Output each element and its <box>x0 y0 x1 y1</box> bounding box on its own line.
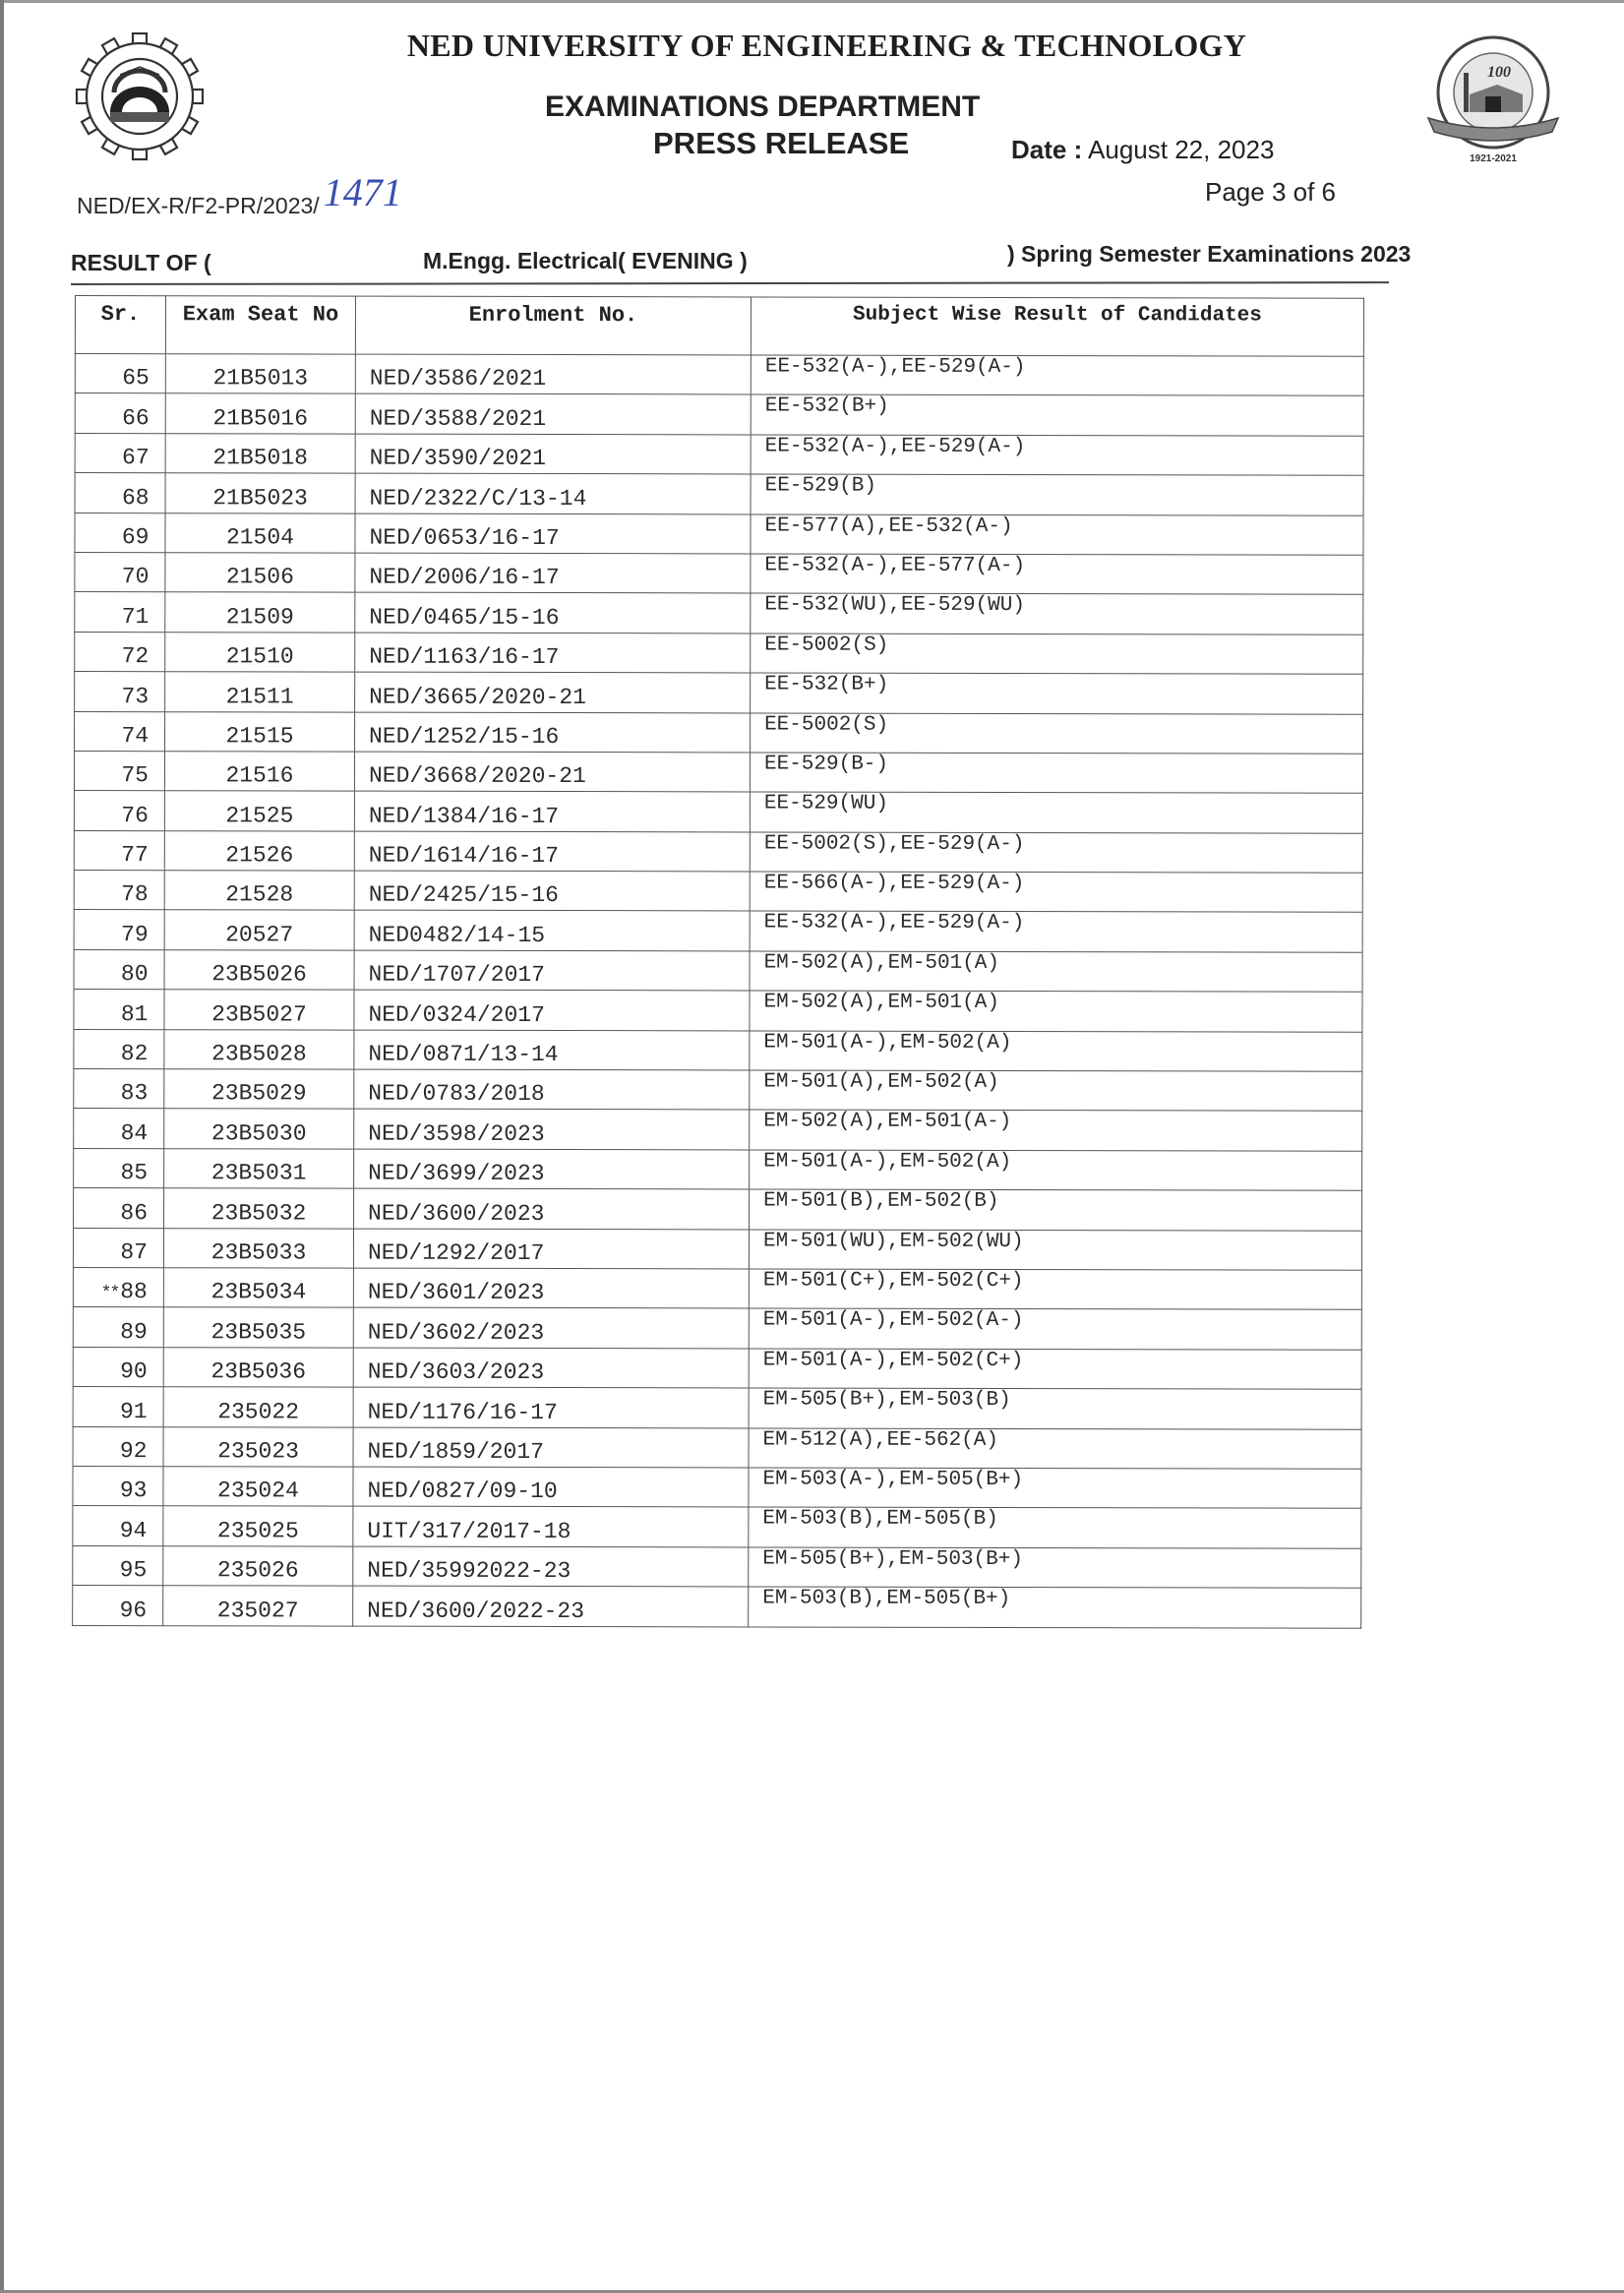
table-row: 96235027NED/3600/2022-23EM-503(B),EM-505… <box>73 1586 1361 1628</box>
cell-seat-no: 23B5032 <box>164 1188 354 1229</box>
table-row: **8823B5034NED/3601/2023EM-501(C+),EM-50… <box>73 1267 1361 1309</box>
cell-enrolment-no: NED0482/14-15 <box>354 911 750 951</box>
table-row: 7121509NED/0465/15-16EE-532(WU),EE-529(W… <box>75 592 1363 634</box>
cell-serial: 94 <box>73 1506 163 1546</box>
scan-left-edge <box>0 0 4 2293</box>
cell-serial: 86 <box>74 1188 164 1229</box>
cell-seat-no: 23B5034 <box>163 1268 353 1308</box>
cell-serial: 76 <box>74 791 164 831</box>
table-row: 8323B5029NED/0783/2018EM-501(A),EM-502(A… <box>74 1069 1362 1112</box>
cell-enrolment-no: NED/2322/C/13-14 <box>355 473 751 513</box>
cell-seat-no: 23B5026 <box>164 950 354 991</box>
cell-subject-result: EE-5002(S),EE-529(A-) <box>750 832 1362 874</box>
cell-seat-no: 21528 <box>164 871 354 911</box>
cell-enrolment-no: UIT/317/2017-18 <box>353 1506 749 1546</box>
table-row: 8023B5026NED/1707/2017EM-502(A),EM-501(A… <box>74 949 1362 992</box>
cell-enrolment-no: NED/0324/2017 <box>354 990 750 1030</box>
cell-enrolment-no: NED/1859/2017 <box>353 1427 749 1468</box>
table-row: 8723B5033NED/1292/2017EM-501(WU),EM-502(… <box>73 1228 1361 1270</box>
cell-enrolment-no: NED/2425/15-16 <box>354 871 750 911</box>
table-row: 6621B5016NED/3588/2021EE-532(B+) <box>75 393 1363 436</box>
cell-seat-no: 21525 <box>164 791 354 831</box>
cell-subject-result: EE-566(A-),EE-529(A-) <box>750 872 1362 913</box>
handwritten-serial: 1471 <box>324 170 402 214</box>
cell-serial: 66 <box>75 393 165 434</box>
cell-subject-result: EM-502(A),EM-501(A) <box>750 991 1362 1032</box>
cell-enrolment-no: NED/0827/09-10 <box>353 1467 749 1507</box>
cell-seat-no: 235025 <box>163 1506 353 1546</box>
table-header-row: Sr. Exam Seat No Enrolment No. Subject W… <box>75 296 1363 357</box>
cell-subject-result: EE-532(B+) <box>751 394 1363 436</box>
cell-subject-result: EM-501(A),EM-502(A) <box>750 1070 1362 1112</box>
cell-seat-no: 23B5031 <box>164 1149 354 1189</box>
cell-subject-result: EM-505(B+),EM-503(B) <box>749 1388 1361 1429</box>
cell-enrolment-no: NED/3600/2022-23 <box>353 1586 749 1626</box>
cell-serial: 69 <box>75 513 165 553</box>
cell-seat-no: 21511 <box>165 672 355 712</box>
table-row: 94235025UIT/317/2017-18EM-503(B),EM-505(… <box>73 1506 1361 1548</box>
cell-enrolment-no: NED/3665/2020-21 <box>355 672 751 712</box>
table-row: 7021506NED/2006/16-17EE-532(A-),EE-577(A… <box>75 552 1363 594</box>
result-of-label: RESULT OF ( <box>71 250 211 276</box>
cell-enrolment-no: NED/3601/2023 <box>353 1268 749 1308</box>
cell-serial: 77 <box>74 830 164 871</box>
cell-seat-no: 235026 <box>163 1545 353 1586</box>
table-row: 6921504NED/0653/16-17EE-577(A),EE-532(A-… <box>75 513 1363 555</box>
cell-enrolment-no: NED/1292/2017 <box>353 1229 749 1269</box>
table-row: 6721B5018NED/3590/2021EE-532(A-),EE-529(… <box>75 433 1363 475</box>
table-row: 7721526NED/1614/16-17EE-5002(S),EE-529(A… <box>74 830 1362 873</box>
column-header-seat: Exam Seat No <box>165 296 355 354</box>
cell-subject-result: EM-503(B),EM-505(B) <box>749 1507 1361 1548</box>
cell-enrolment-no: NED/3588/2021 <box>355 393 751 434</box>
cell-seat-no: 20527 <box>164 910 354 950</box>
cell-seat-no: 21509 <box>165 592 355 633</box>
table-row: 6521B5013NED/3586/2021EE-532(A-),EE-529(… <box>75 354 1363 396</box>
cell-subject-result: EM-501(A-),EM-502(C+) <box>749 1349 1361 1390</box>
cell-subject-result: EE-532(A-),EE-529(A-) <box>751 355 1363 396</box>
cell-subject-result: EM-503(A-),EM-505(B+) <box>749 1468 1361 1509</box>
cell-subject-result: EM-502(A),EM-501(A-) <box>750 1110 1362 1151</box>
cell-seat-no: 21516 <box>164 752 354 792</box>
cell-serial: 70 <box>75 552 165 592</box>
cell-seat-no: 21B5016 <box>165 393 355 434</box>
svg-text:1921-2021: 1921-2021 <box>1470 153 1517 164</box>
table-row: 91235022NED/1176/16-17EM-505(B+),EM-503(… <box>73 1387 1361 1429</box>
cell-seat-no: 21515 <box>165 711 355 752</box>
cell-subject-result: EE-577(A),EE-532(A-) <box>751 514 1363 556</box>
cell-seat-no: 21B5018 <box>165 433 355 473</box>
reference-prefix: NED/EX-R/F2-PR/2023/ <box>77 193 320 218</box>
cell-subject-result: EM-501(B),EM-502(B) <box>750 1189 1362 1231</box>
cell-serial: 89 <box>73 1307 163 1348</box>
cell-serial: 71 <box>75 592 165 633</box>
cell-enrolment-no: NED/2006/16-17 <box>355 553 751 593</box>
cell-subject-result: EM-512(A),EE-562(A) <box>749 1427 1361 1469</box>
cell-seat-no: 23B5028 <box>164 1029 354 1069</box>
cell-subject-result: EE-532(A-),EE-529(A-) <box>750 911 1362 952</box>
cell-enrolment-no: NED/3586/2021 <box>355 354 751 394</box>
cell-serial: 72 <box>75 632 165 672</box>
table-row: 92235023NED/1859/2017EM-512(A),EE-562(A) <box>73 1426 1361 1469</box>
date-label: Date : <box>1011 135 1082 164</box>
cell-enrolment-no: NED/0465/15-16 <box>355 592 751 633</box>
table-row: 7321511NED/3665/2020-21EE-532(B+) <box>75 672 1363 714</box>
cell-subject-result: EE-529(B) <box>751 474 1363 515</box>
cell-enrolment-no: NED/1614/16-17 <box>354 831 750 872</box>
table-row: 7920527NED0482/14-15EE-532(A-),EE-529(A-… <box>74 910 1362 952</box>
cell-enrolment-no: NED/3668/2020-21 <box>354 752 750 792</box>
cell-enrolment-no: NED/3699/2023 <box>354 1149 750 1189</box>
cell-enrolment-no: NED/1384/16-17 <box>354 791 750 831</box>
press-release-heading: PRESS RELEASE <box>653 126 909 161</box>
semester-label: ) Spring Semester Examinations 2023 <box>1007 241 1411 268</box>
serial-number: 88 <box>120 1279 148 1304</box>
table-row: 93235024NED/0827/09-10EM-503(A-),EM-505(… <box>73 1466 1361 1508</box>
cell-enrolment-no: NED/1252/15-16 <box>355 712 751 753</box>
table-row: 7221510NED/1163/16-17EE-5002(S) <box>75 632 1363 674</box>
table-row: 8523B5031NED/3699/2023EM-501(A-),EM-502(… <box>74 1148 1362 1190</box>
reference-number: NED/EX-R/F2-PR/2023/1471 <box>77 177 402 223</box>
cell-serial: **88 <box>73 1267 163 1307</box>
release-date: Date : August 22, 2023 <box>1011 135 1274 165</box>
cell-subject-result: EE-529(B-) <box>750 753 1362 794</box>
cell-serial: 85 <box>74 1148 164 1188</box>
department-heading: EXAMINATIONS DEPARTMENT <box>545 91 980 124</box>
cell-seat-no: 21B5013 <box>165 354 355 394</box>
column-header-sr: Sr. <box>75 296 165 354</box>
cell-serial: 68 <box>75 473 165 513</box>
cell-enrolment-no: NED/1176/16-17 <box>353 1387 749 1427</box>
cell-enrolment-no: NED/1707/2017 <box>354 950 750 991</box>
cell-seat-no: 235027 <box>163 1586 353 1626</box>
cell-serial: 67 <box>75 433 165 473</box>
cell-subject-result: EE-5002(S) <box>751 712 1363 754</box>
cell-enrolment-no: NED/35992022-23 <box>353 1546 749 1587</box>
date-value: August 22, 2023 <box>1088 135 1274 164</box>
cell-serial: 80 <box>74 949 164 990</box>
cell-serial: 79 <box>74 910 164 950</box>
cell-seat-no: 23B5035 <box>163 1307 353 1348</box>
table-row: 8423B5030NED/3598/2023EM-502(A),EM-501(A… <box>74 1109 1362 1151</box>
cell-seat-no: 23B5033 <box>163 1228 353 1268</box>
cell-seat-no: 21506 <box>165 553 355 593</box>
cell-serial: 96 <box>73 1586 163 1626</box>
page-number: Page 3 of 6 <box>1205 177 1336 208</box>
cell-subject-result: EE-532(A-),EE-529(A-) <box>751 435 1363 476</box>
cell-subject-result: EE-532(WU),EE-529(WU) <box>751 593 1363 634</box>
cell-serial: 84 <box>74 1109 164 1149</box>
program-name: M.Engg. Electrical( EVENING ) <box>423 248 748 274</box>
cell-enrolment-no: NED/0871/13-14 <box>354 1030 750 1070</box>
scan-top-edge <box>0 0 1624 3</box>
cell-subject-result: EM-501(A-),EM-502(A) <box>750 1031 1362 1072</box>
cell-subject-result: EE-529(WU) <box>750 792 1362 833</box>
cell-enrolment-no: NED/3602/2023 <box>353 1307 749 1348</box>
cell-enrolment-no: NED/0653/16-17 <box>355 513 751 554</box>
cell-subject-result: EE-532(A-),EE-577(A-) <box>751 554 1363 595</box>
cell-enrolment-no: NED/1163/16-17 <box>355 633 751 673</box>
cell-seat-no: 23B5027 <box>164 990 354 1030</box>
cell-seat-no: 21B5023 <box>165 473 355 513</box>
cell-enrolment-no: NED/3598/2023 <box>354 1110 750 1150</box>
cell-enrolment-no: NED/0783/2018 <box>354 1069 750 1110</box>
table-row: 7821528NED/2425/15-16EE-566(A-),EE-529(A… <box>74 871 1362 913</box>
cell-seat-no: 235024 <box>163 1467 353 1507</box>
cell-serial: 65 <box>75 354 165 394</box>
table-row: 7621525NED/1384/16-17EE-529(WU) <box>74 791 1362 833</box>
cell-subject-result: EM-505(B+),EM-503(B+) <box>749 1547 1361 1589</box>
cell-subject-result: EM-501(WU),EM-502(WU) <box>749 1230 1361 1271</box>
table-row: 7421515NED/1252/15-16EE-5002(S) <box>75 711 1363 754</box>
column-header-enrolment: Enrolment No. <box>355 296 751 355</box>
cell-serial: 90 <box>73 1347 163 1387</box>
university-title: NED UNIVERSITY OF ENGINEERING & TECHNOLO… <box>0 28 1624 64</box>
cell-serial: 92 <box>73 1426 163 1467</box>
cell-serial: 78 <box>74 871 164 911</box>
cell-subject-result: EM-503(B),EM-505(B+) <box>749 1587 1361 1628</box>
table-row: 8223B5028NED/0871/13-14EM-501(A-),EM-502… <box>74 1029 1362 1071</box>
svg-text:100: 100 <box>1487 64 1511 81</box>
cell-seat-no: 21504 <box>165 513 355 553</box>
table-row: 6821B5023NED/2322/C/13-14EE-529(B) <box>75 473 1363 515</box>
table-row: 8623B5032NED/3600/2023EM-501(B),EM-502(B… <box>74 1188 1362 1231</box>
cell-serial: 87 <box>73 1228 163 1268</box>
cell-serial: 83 <box>74 1069 164 1110</box>
table-row: 8923B5035NED/3602/2023EM-501(A-),EM-502(… <box>73 1307 1361 1350</box>
cell-seat-no: 21526 <box>164 830 354 871</box>
cell-subject-result: EE-532(B+) <box>751 673 1363 714</box>
cell-serial: 81 <box>74 990 164 1030</box>
cell-seat-no: 235022 <box>163 1387 353 1427</box>
cell-serial: 91 <box>73 1387 163 1427</box>
cell-enrolment-no: NED/3603/2023 <box>353 1348 749 1388</box>
table-row: 9023B5036NED/3603/2023EM-501(A-),EM-502(… <box>73 1347 1361 1389</box>
results-table: Sr. Exam Seat No Enrolment No. Subject W… <box>72 295 1364 1628</box>
remark-marker: ** <box>101 1284 119 1303</box>
cell-subject-result: EM-502(A),EM-501(A) <box>750 951 1362 993</box>
cell-serial: 93 <box>73 1466 163 1506</box>
table-row: 8123B5027NED/0324/2017EM-502(A),EM-501(A… <box>74 990 1362 1032</box>
cell-seat-no: 23B5029 <box>164 1069 354 1110</box>
cell-enrolment-no: NED/3590/2021 <box>355 434 751 474</box>
cell-subject-result: EM-501(C+),EM-502(C+) <box>749 1269 1361 1310</box>
cell-serial: 74 <box>75 711 165 752</box>
cell-seat-no: 23B5036 <box>163 1347 353 1387</box>
cell-serial: 75 <box>74 751 164 791</box>
cell-subject-result: EM-501(A-),EM-502(A) <box>750 1150 1362 1191</box>
table-row: 95235026NED/35992022-23EM-505(B+),EM-503… <box>73 1545 1361 1588</box>
cell-seat-no: 21510 <box>165 632 355 672</box>
cell-serial: 82 <box>74 1029 164 1069</box>
column-header-result: Subject Wise Result of Candidates <box>751 297 1363 356</box>
cell-subject-result: EM-501(A-),EM-502(A-) <box>749 1308 1361 1350</box>
table-row: 7521516NED/3668/2020-21EE-529(B-) <box>74 751 1362 793</box>
cell-seat-no: 23B5030 <box>164 1109 354 1149</box>
table-body: 6521B5013NED/3586/2021EE-532(A-),EE-529(… <box>73 354 1364 1628</box>
cell-seat-no: 235023 <box>163 1426 353 1467</box>
header-divider <box>71 281 1389 285</box>
cell-enrolment-no: NED/3600/2023 <box>354 1188 750 1229</box>
cell-serial: 73 <box>75 672 165 712</box>
cell-serial: 95 <box>73 1545 163 1586</box>
cell-subject-result: EE-5002(S) <box>751 634 1363 675</box>
